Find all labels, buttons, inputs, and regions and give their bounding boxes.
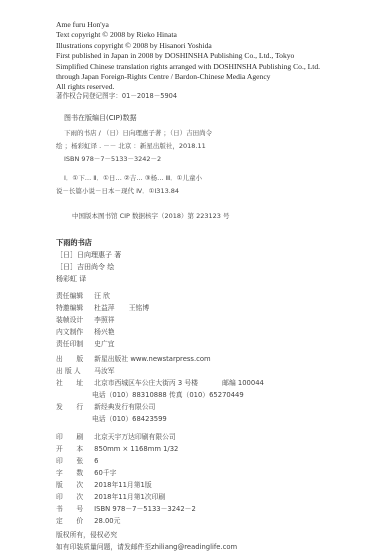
postcode: 邮编 100044 [222, 379, 264, 387]
print-label: 开 本 [56, 443, 92, 453]
publisher-value: 马汝军 [94, 367, 114, 375]
book-title: 下雨的书店 [56, 238, 92, 248]
staff-row: 责任印制 史广宜 [56, 338, 115, 348]
first-published: First published in Japan in 2008 by DOSH… [56, 51, 320, 61]
print-label: 印 张 [56, 455, 92, 465]
distribution-value: 新经典发行有限公司 [94, 403, 155, 411]
rights-notice: 版权所有，侵权必究 [56, 529, 117, 539]
original-title: Ame furu Hon'ya [56, 20, 320, 30]
print-label: 版 次 [56, 479, 92, 489]
english-copyright-block: Ame furu Hon'ya Text copyright © 2008 by… [56, 20, 320, 93]
print-value: 2018年11月第1次印刷 [94, 493, 165, 501]
address-label: 社 址 [56, 377, 92, 387]
print-row: 开 本 850mm × 1168mm 1/32 [56, 443, 178, 453]
cip-classification-1: Ⅰ．①下… Ⅱ．①日… ②吉… ③杨… Ⅲ．①儿童小 [64, 173, 202, 182]
quality-notice: 如有印装质量问题，请发邮件至zhiliang@readinglife.com [56, 541, 237, 551]
print-value: 2018年11月第1版 [94, 481, 151, 489]
staff-value: 史广宜 [94, 340, 114, 348]
phone-fax-row: 电话（010）88310888 传真（010）65270449 [92, 389, 244, 399]
staff-label: 装帧设计 [56, 314, 92, 324]
address-value: 北京市西城区车公庄大街丙 3 号楼 [94, 379, 198, 387]
address-row: 社 址 北京市西城区车公庄大街丙 3 号楼 邮编 100044 [56, 377, 264, 387]
cip-verification: 中国版本图书馆 CIP 数据核字（2018）第 223123 号 [72, 211, 230, 220]
staff-row: 内文制作 杨兴艳 [56, 326, 115, 336]
illustrator-credit: ［日］吉田尚令 绘 [56, 262, 114, 272]
print-row: 定 价 28.00元 [56, 515, 120, 525]
cip-line-2: 绘 ；杨彩虹译 . －－ 北京 ：新星出版社，2018.11 [56, 141, 206, 150]
print-row: 书 号 ISBN 978－7－5133－3242－2 [56, 503, 196, 513]
staff-value: 杨兴艳 [94, 328, 114, 336]
print-label: 定 价 [56, 515, 92, 525]
print-row: 印 刷 北京天宇万达印刷有限公司 [56, 431, 176, 441]
print-row: 版 次 2018年11月第1版 [56, 479, 152, 489]
staff-label: 责任编辑 [56, 290, 92, 300]
print-label: 印 刷 [56, 431, 92, 441]
phone: 电话（010）88310888 [92, 391, 167, 399]
cip-isbn: ISBN 978－7－5133－3242－2 [64, 154, 161, 163]
print-value: 北京天宇万达印刷有限公司 [94, 433, 176, 441]
illustrations-copyright: Illustrations copyright © 2008 by Hisano… [56, 41, 320, 51]
staff-value: 杜益萍 [94, 304, 114, 312]
publisher-label: 出 版 人 [56, 365, 92, 375]
cip-classification-2: 说－长篇小说－日本－现代 Ⅳ．①I313.84 [56, 186, 179, 195]
publish-label: 出 版 [56, 353, 92, 363]
staff-row: 装帧设计 李照祥 [56, 314, 115, 324]
print-label: 书 号 [56, 503, 92, 513]
print-value: 6 [94, 457, 98, 465]
staff-value: 李照祥 [94, 316, 114, 324]
print-row: 字 数 60千字 [56, 467, 116, 477]
print-label: 印 次 [56, 491, 92, 501]
print-value: 60千字 [94, 469, 116, 477]
publish-value: 新星出版社 www.newstarpress.com [94, 355, 210, 363]
text-copyright: Text copyright © 2008 by Rieko Hinata [56, 30, 320, 40]
publisher-row: 出 版 人 马汝军 [56, 365, 115, 375]
copyright-registration: 著作权合同登记图字：01－2018－5904 [56, 90, 177, 100]
publish-row: 出 版 新星出版社 www.newstarpress.com [56, 353, 211, 363]
print-row: 印 次 2018年11月第1次印刷 [56, 491, 165, 501]
print-value: ISBN 978－7－5133－3242－2 [94, 505, 196, 513]
staff-label: 特邀编辑 [56, 302, 92, 312]
translator-credit: 杨彩虹 译 [56, 274, 86, 284]
staff-row: 责任编辑 汪 欣 [56, 290, 110, 300]
staff-label: 内文制作 [56, 326, 92, 336]
author-credit: ［日］日向理惠子 著 [56, 250, 121, 260]
agency: through Japan Foreign-Rights Centre / Ba… [56, 72, 320, 82]
distribution-label: 发 行 [56, 401, 92, 411]
print-value: 850mm × 1168mm 1/32 [94, 445, 178, 453]
cip-line-1: 下雨的书店 / （日）日向理惠子著 ；（日）吉田尚令 [64, 128, 212, 137]
staff-value-2: 王铭博 [129, 304, 149, 312]
print-row: 印 张 6 [56, 455, 99, 465]
distribution-row: 发 行 新经典发行有限公司 [56, 401, 155, 411]
print-label: 字 数 [56, 467, 92, 477]
print-value: 28.00元 [94, 517, 120, 525]
cip-title: 图书在版编目(CIP)数据 [64, 113, 137, 123]
staff-row: 特邀编辑 杜益萍 王铭博 [56, 302, 149, 312]
staff-value: 汪 欣 [94, 292, 110, 300]
fax: 传真（010）65270449 [169, 391, 244, 399]
staff-label: 责任印制 [56, 338, 92, 348]
distribution-phone: 电话（010）68423599 [92, 413, 167, 423]
translation-rights: Simplified Chinese translation rights ar… [56, 62, 320, 72]
